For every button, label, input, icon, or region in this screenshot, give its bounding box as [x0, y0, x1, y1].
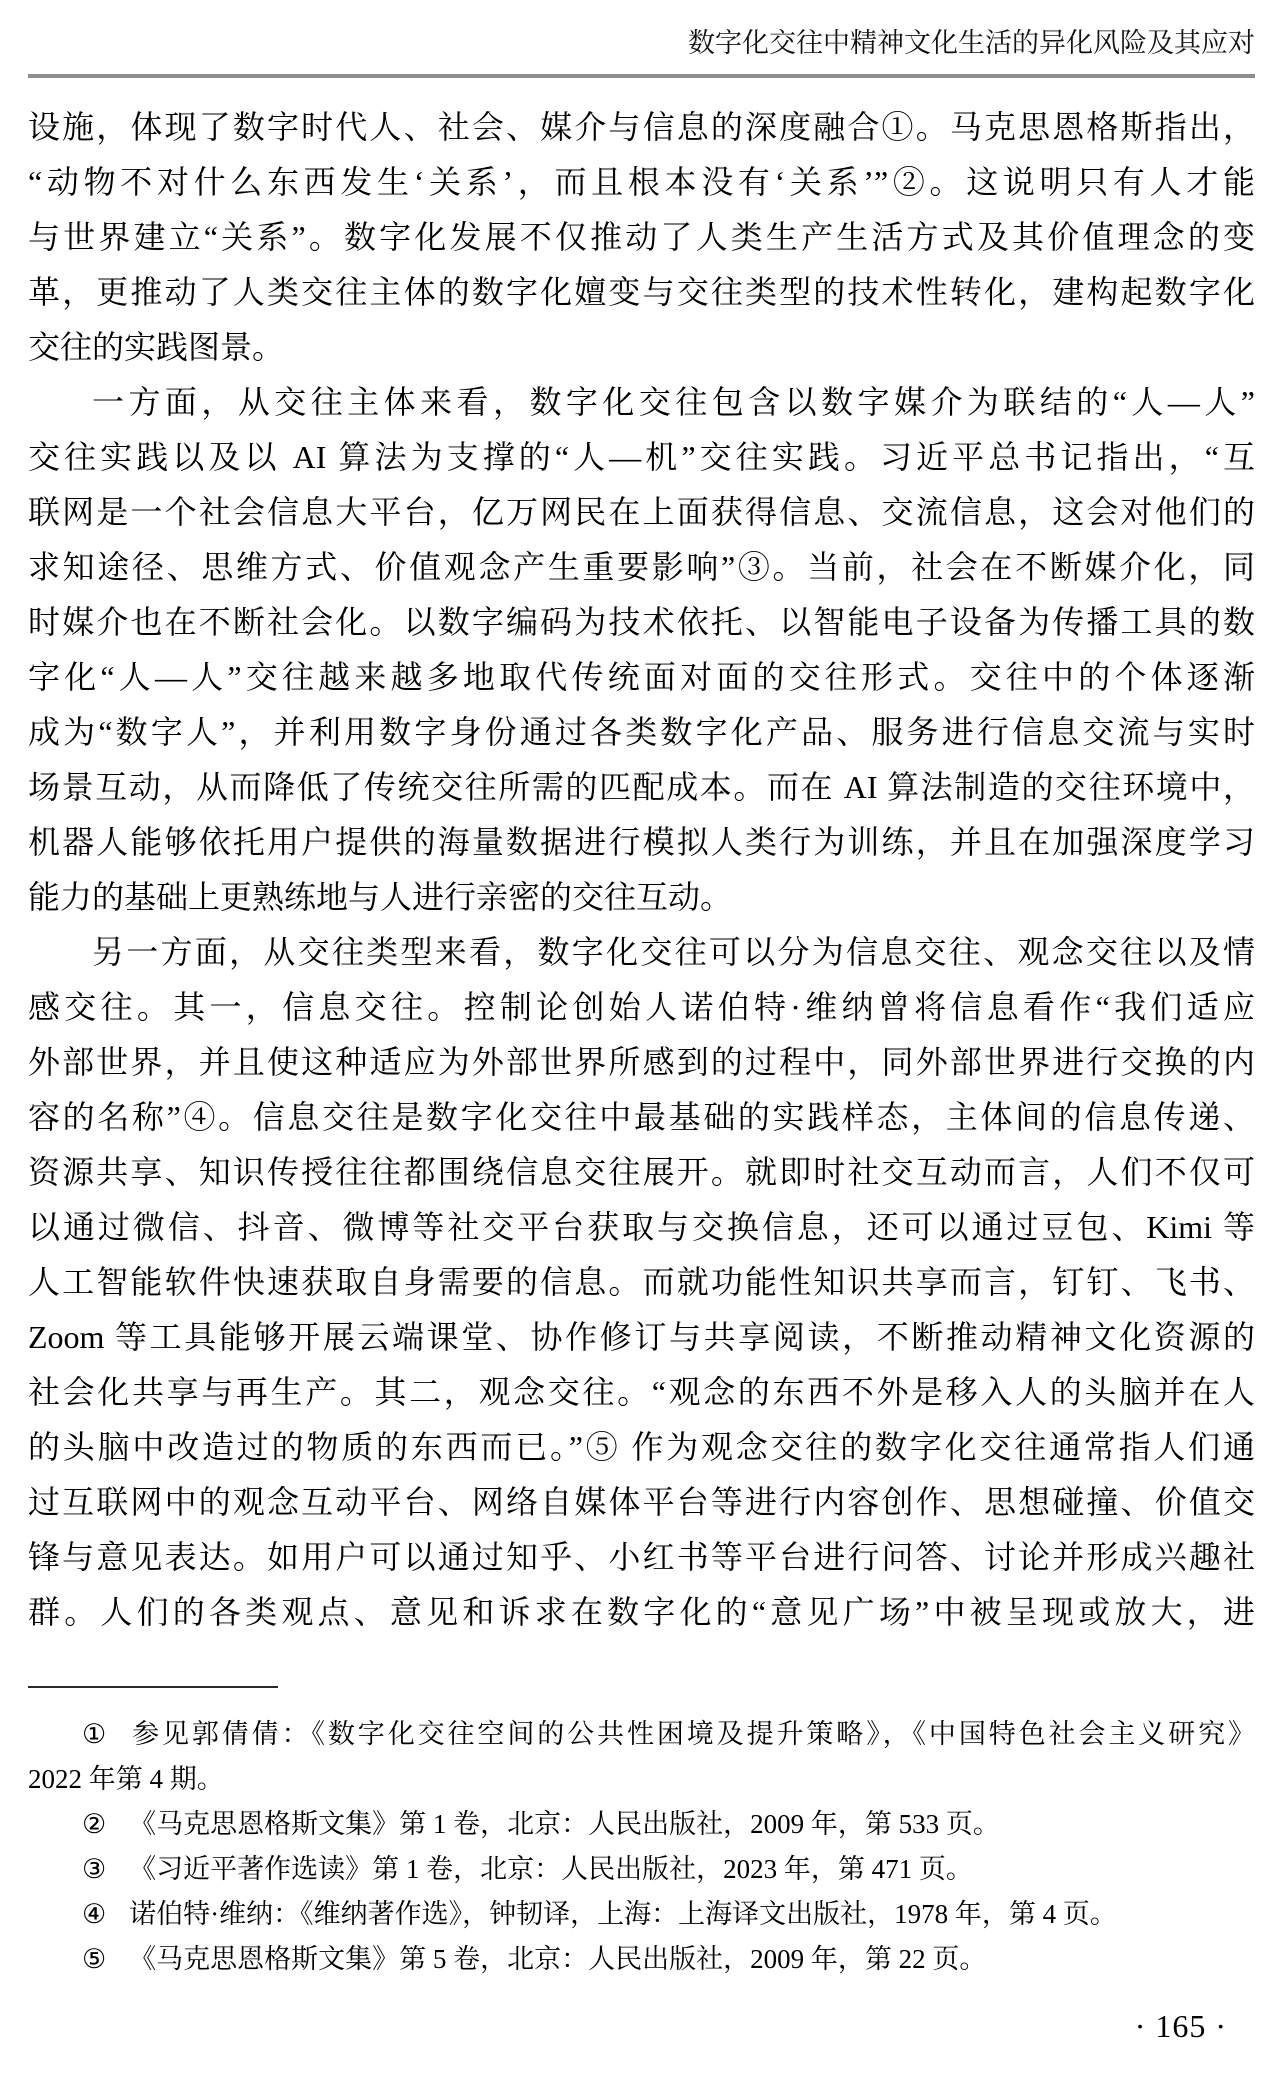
body-line: 机器人能够依托用户提供的海量数据进行模拟人类行为训练，并且在加强深度学习 [28, 815, 1255, 870]
body-line: 另一方面，从交往类型来看，数字化交往可以分为信息交往、观念交往以及情 [28, 925, 1255, 980]
body-line: 的头脑中改造过的物质的东西而已。”⑤ 作为观念交往的数字化交往通常指人们通 [28, 1420, 1255, 1475]
footnote-line: ③《习近平著作选读》第 1 卷，北京：人民出版社，2023 年，第 471 页。 [28, 1847, 1255, 1892]
running-header: 数字化交往中精神文化生活的异化风险及其应对 [28, 26, 1255, 78]
body-line: 过互联网中的观念互动平台、网络自媒体平台等进行内容创作、思想碰撞、价值交 [28, 1475, 1255, 1530]
body-line: 与世界建立“关系”。数字化发展不仅推动了人类生产生活方式及其价值理念的变 [28, 210, 1255, 265]
body-line: 群。人们的各类观点、意见和诉求在数字化的“意见广场”中被呈现或放大，进 [28, 1585, 1255, 1640]
body-line: 外部世界，并且使这种适应为外部世界所感到的过程中，同外部世界进行交换的内 [28, 1035, 1255, 1090]
footnotes: ①参见郭倩倩：《数字化交往空间的公共性困境及提升策略》，《中国特色社会主义研究》… [28, 1712, 1255, 1982]
body-line: 容的名称”④。信息交往是数字化交往中最基础的实践样态，主体间的信息传递、 [28, 1090, 1255, 1145]
footnote-marker: ② [82, 1809, 106, 1839]
body-line: 场景互动，从而降低了传统交往所需的匹配成本。而在 AI 算法制造的交往环境中， [28, 760, 1255, 815]
body-line: Zoom 等工具能够开展云端课堂、协作修订与共享阅读，不断推动精神文化资源的 [28, 1310, 1255, 1365]
body-line: 资源共享、知识传授往往都围绕信息交往展开。就即时社交互动而言，人们不仅可 [28, 1145, 1255, 1200]
footnote-marker: ③ [82, 1854, 106, 1884]
body-line: 设施，体现了数字时代人、社会、媒介与信息的深度融合①。马克思恩格斯指出， [28, 100, 1255, 155]
body-line: 能力的基础上更熟练地与人进行亲密的交往互动。 [28, 870, 1255, 925]
footnote-marker: ⑤ [82, 1944, 106, 1974]
footnote-line: ①参见郭倩倩：《数字化交往空间的公共性困境及提升策略》，《中国特色社会主义研究》 [28, 1712, 1255, 1757]
article-body: 设施，体现了数字时代人、社会、媒介与信息的深度融合①。马克思恩格斯指出，“动物不… [28, 100, 1255, 1640]
running-header-title: 数字化交往中精神文化生活的异化风险及其应对 [28, 26, 1255, 60]
body-line: 求知途径、思维方式、价值观念产生重要影响”③。当前，社会在不断媒介化，同 [28, 540, 1255, 595]
footnote-line: ②《马克思恩格斯文集》第 1 卷，北京：人民出版社，2009 年，第 533 页… [28, 1802, 1255, 1847]
footnote-marker: ① [82, 1719, 109, 1749]
footnote-text: 《习近平著作选读》第 1 卷，北京：人民出版社，2023 年，第 471 页。 [129, 1854, 973, 1884]
body-line: 联网是一个社会信息大平台，亿万网民在上面获得信息、交流信息，这会对他们的 [28, 485, 1255, 540]
page-number: · 165 · [28, 2008, 1255, 2044]
body-line: 锋与意见表达。如用户可以通过知乎、小红书等平台进行问答、讨论并形成兴趣社 [28, 1530, 1255, 1585]
document-page: 数字化交往中精神文化生活的异化风险及其应对 设施，体现了数字时代人、社会、媒介与… [0, 0, 1280, 2074]
body-line: 以通过微信、抖音、微博等社交平台获取与交换信息，还可以通过豆包、Kimi 等 [28, 1200, 1255, 1255]
body-line: 交往的实践图景。 [28, 320, 1255, 375]
footnote-text: 诺伯特·维纳：《维纳著作选》，钟韧译，上海：上海译文出版社，1978 年，第 4… [129, 1899, 1117, 1929]
footnote-text: 《马克思恩格斯文集》第 5 卷，北京：人民出版社，2009 年，第 22 页。 [129, 1944, 986, 1974]
body-line: 社会化共享与再生产。其二，观念交往。“观念的东西不外是移入人的头脑并在人 [28, 1365, 1255, 1420]
footnote-text: 《马克思恩格斯文集》第 1 卷，北京：人民出版社，2009 年，第 533 页。 [129, 1809, 1000, 1839]
body-line: 时媒介也在不断社会化。以数字编码为技术依托、以智能电子设备为传播工具的数 [28, 595, 1255, 650]
footnote-line: ④诺伯特·维纳：《维纳著作选》，钟韧译，上海：上海译文出版社，1978 年，第 … [28, 1892, 1255, 1937]
body-line: 成为“数字人”，并利用数字身份通过各类数字化产品、服务进行信息交流与实时 [28, 705, 1255, 760]
body-line: 字化“人—人”交往越来越多地取代传统面对面的交往形式。交往中的个体逐渐 [28, 650, 1255, 705]
footnote-text: 参见郭倩倩：《数字化交往空间的公共性困境及提升策略》，《中国特色社会主义研究》 [132, 1719, 1255, 1749]
footnote-line: ⑤《马克思恩格斯文集》第 5 卷，北京：人民出版社，2009 年，第 22 页。 [28, 1937, 1255, 1982]
header-rule [28, 74, 1255, 78]
body-line: 一方面，从交往主体来看，数字化交往包含以数字媒介为联结的“人—人” [28, 375, 1255, 430]
footnote-line: 2022 年第 4 期。 [28, 1757, 1255, 1802]
body-line: 人工智能软件快速获取自身需要的信息。而就功能性知识共享而言，钉钉、飞书、 [28, 1255, 1255, 1310]
body-line: 交往实践以及以 AI 算法为支撑的“人—机”交往实践。习近平总书记指出，“互 [28, 430, 1255, 485]
body-line: 革，更推动了人类交往主体的数字化嬗变与交往类型的技术性转化，建构起数字化 [28, 265, 1255, 320]
footnote-marker: ④ [82, 1899, 106, 1929]
body-line: 感交往。其一，信息交往。控制论创始人诺伯特·维纳曾将信息看作“我们适应 [28, 980, 1255, 1035]
footnote-separator [28, 1686, 278, 1688]
body-line: “动物不对什么东西发生‘关系’，而且根本没有‘关系’”②。这说明只有人才能 [28, 155, 1255, 210]
